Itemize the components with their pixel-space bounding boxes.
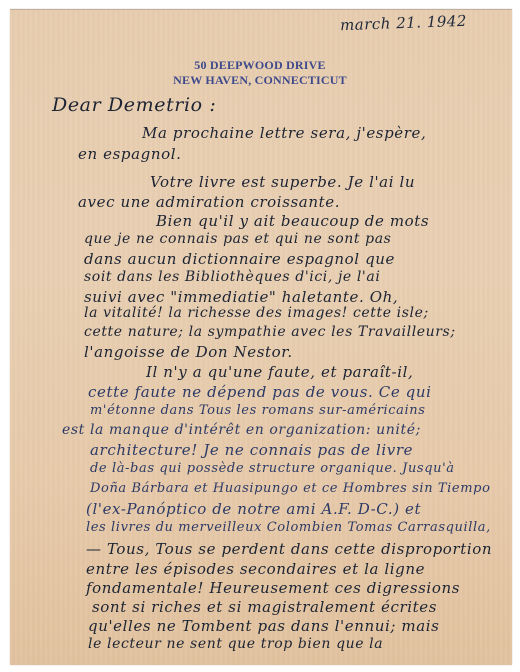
body-line: suivi avec "immediatie" haletante. Oh,: [84, 288, 398, 306]
body-line: Doña Bárbara et Huasipungo et ce Hombres…: [90, 481, 491, 496]
body-line: de là-bas qui possède structure organiqu…: [90, 461, 455, 476]
body-line: cette faute ne dépend pas de vous. Ce qu…: [88, 383, 432, 401]
body-line: en espagnol.: [78, 145, 181, 163]
letterhead-street: 50 DEEPWOOD DRIVE: [0, 58, 520, 73]
body-line: fondamentale! Heureusement ces digressio…: [86, 579, 460, 597]
salutation: Dear Demetrio :: [52, 94, 216, 116]
body-line: le lecteur ne sent que trop bien que la: [88, 636, 383, 652]
body-line: Ma prochaine lettre sera, j'espère,: [142, 124, 426, 142]
body-line: (l'ex-Panóptico de notre ami A.F. D-C.) …: [86, 500, 421, 518]
body-line: architecture! Je ne connais pas de livre: [90, 441, 413, 459]
body-line: entre les épisodes secondaires et la lig…: [86, 560, 425, 578]
body-line: sont si riches et si magistralement écri…: [92, 598, 437, 616]
body-line: Votre livre est superbe. Je l'ai lu: [150, 173, 415, 191]
letterhead-city: NEW HAVEN, CONNECTICUT: [0, 73, 520, 88]
body-line: qu'elles ne Tombent pas dans l'ennui; ma…: [88, 617, 439, 635]
body-line: m'étonne dans Tous les romans sur-améric…: [90, 403, 426, 418]
body-line: dans aucun dictionnaire espagnol que: [84, 250, 395, 268]
page-stage: march 21. 1942 50 DEEPWOOD DRIVE NEW HAV…: [0, 0, 520, 672]
body-line: Il n'y a qu'une faute, et paraît-il,: [146, 363, 413, 381]
body-line: — Tous, Tous se perdent dans cette dispr…: [86, 540, 492, 558]
letterhead: 50 DEEPWOOD DRIVE NEW HAVEN, CONNECTICUT: [0, 58, 520, 88]
body-line: soit dans les Bibliothèques d'ici, je l'…: [84, 269, 380, 285]
body-line: que je ne connais pas et qui ne sont pas: [84, 231, 391, 247]
body-line: cette nature; la sympathie avec les Trav…: [84, 324, 456, 340]
body-line: les livres du merveilleux Colombien Toma…: [86, 520, 491, 535]
body-line: la vitalité! la richesse des images! cet…: [84, 305, 429, 321]
body-line: l'angoisse de Don Nestor.: [84, 343, 293, 361]
body-line: avec une admiration croissante.: [78, 193, 340, 211]
body-line: Bien qu'il y ait beaucoup de mots: [156, 212, 429, 230]
body-line: est la manque d'intérêt en organization:…: [62, 422, 421, 438]
